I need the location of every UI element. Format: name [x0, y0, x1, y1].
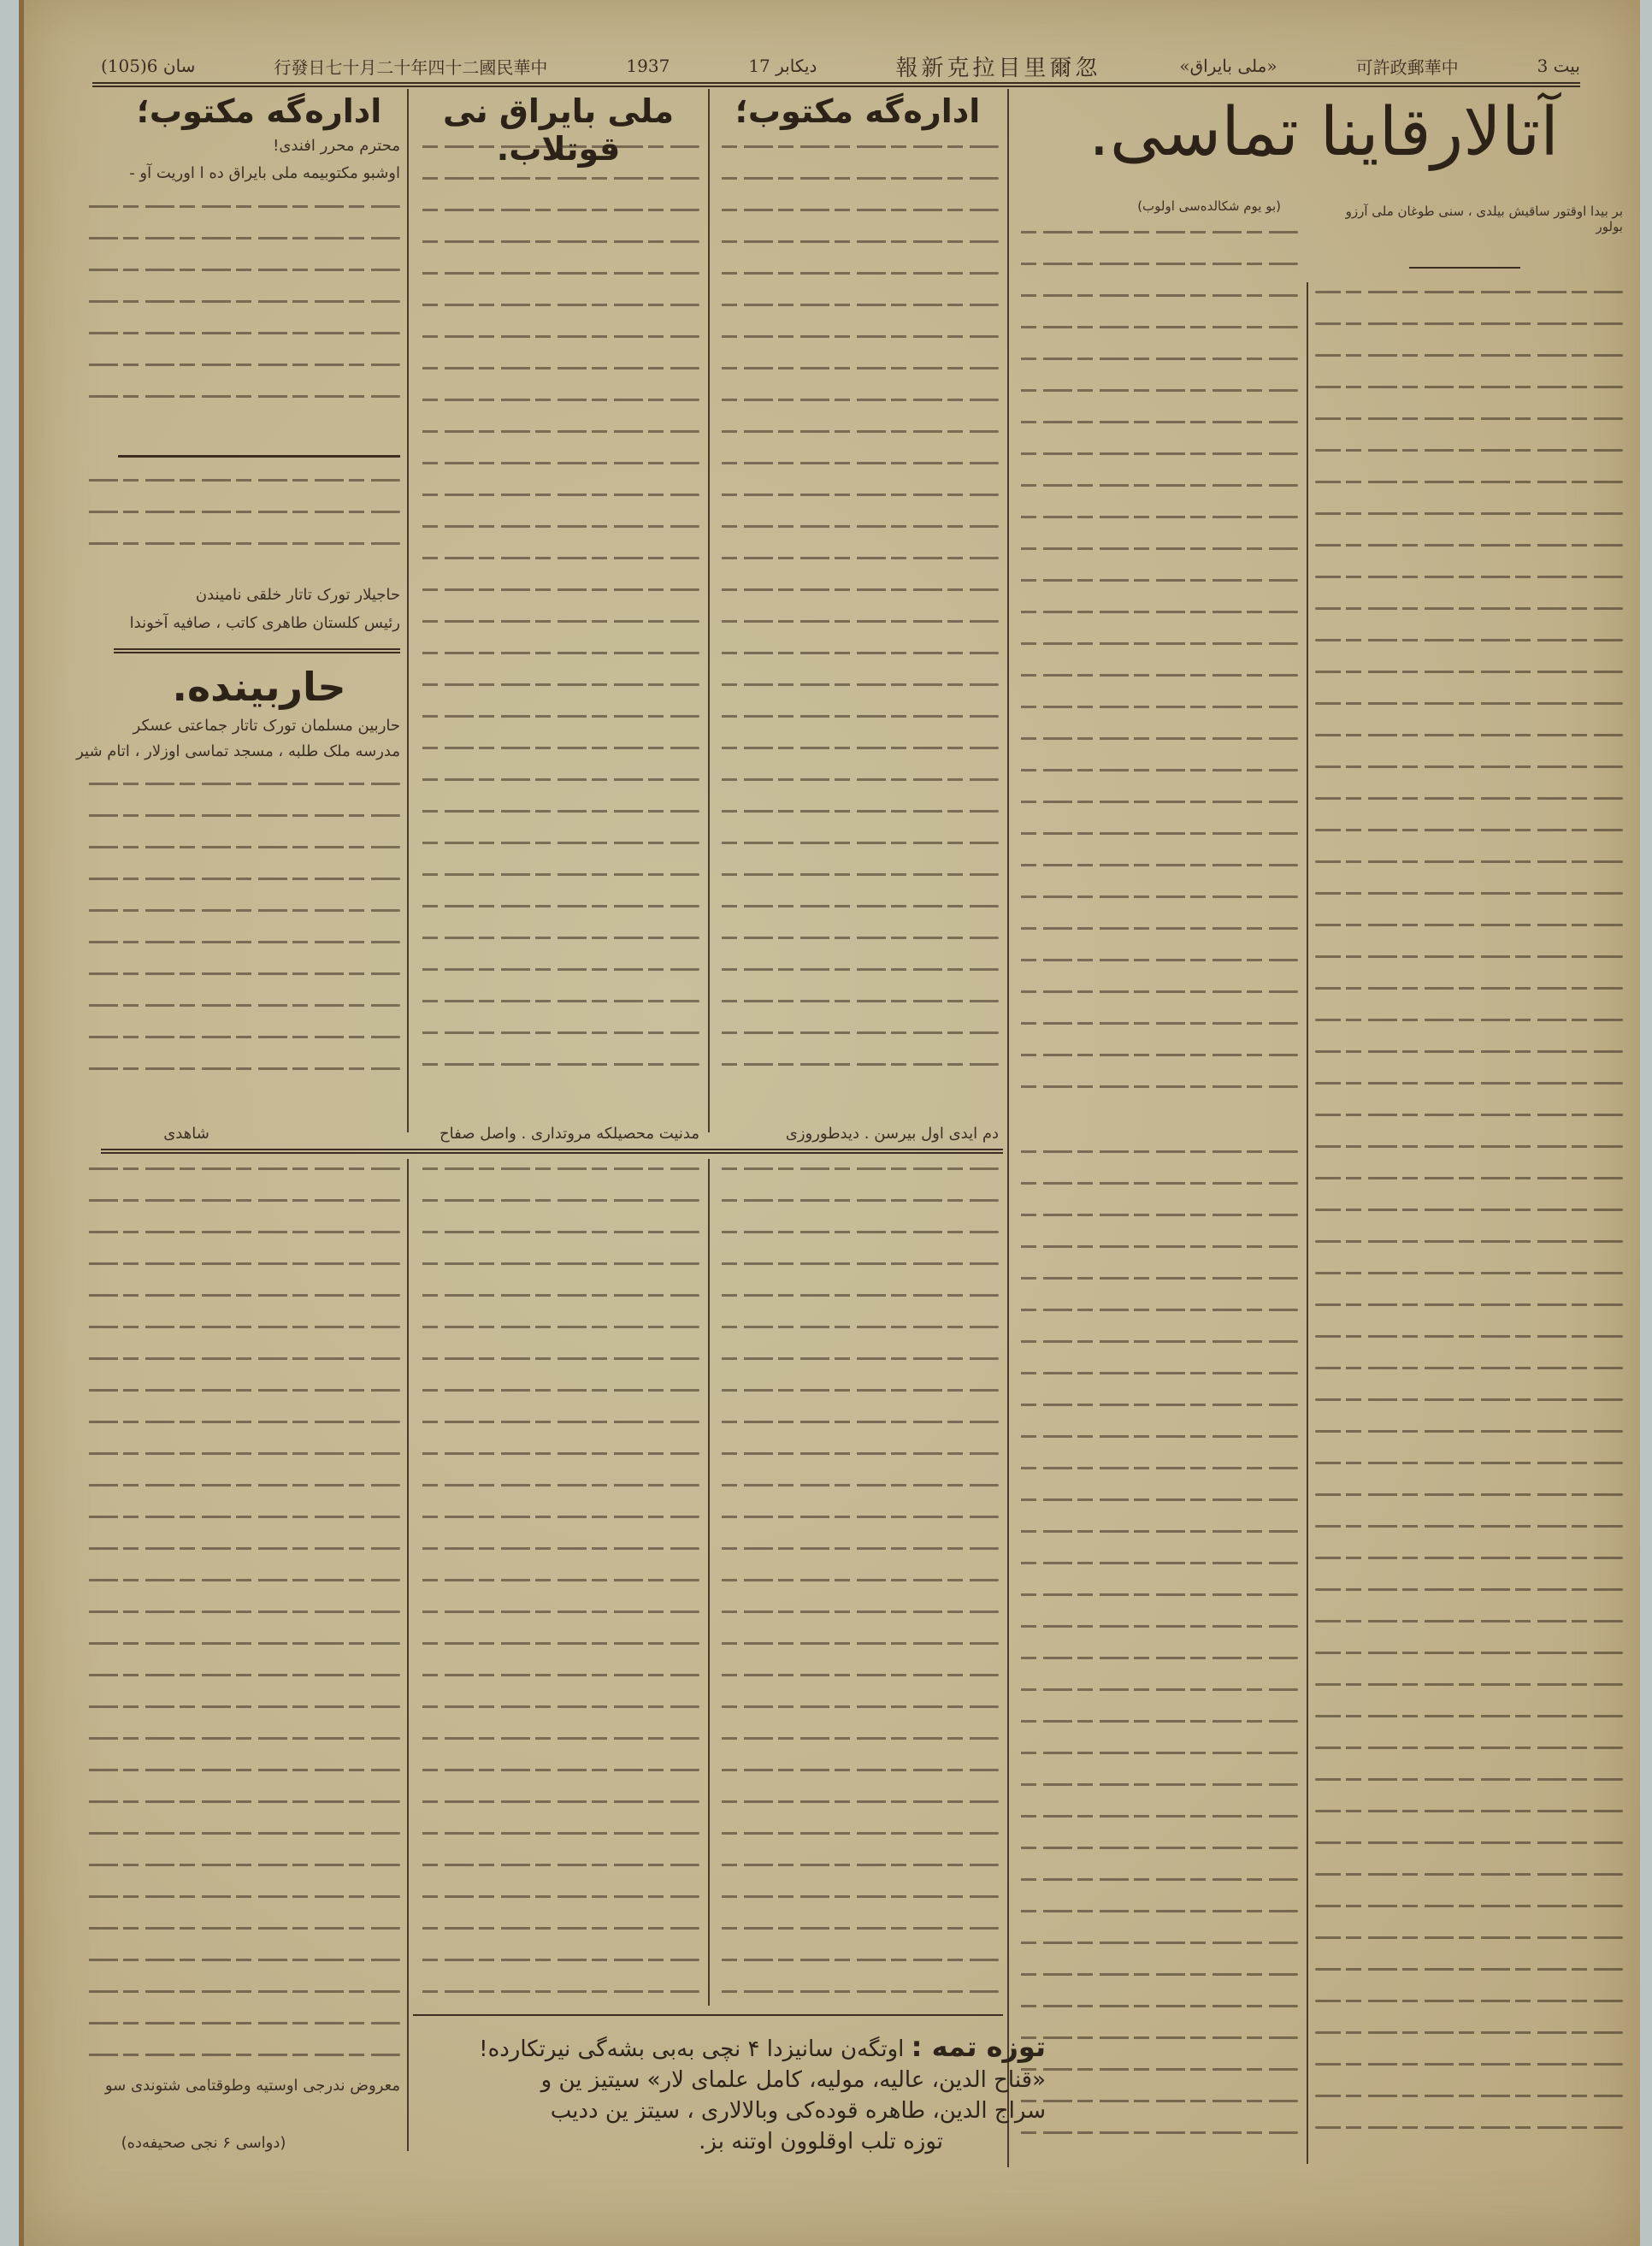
page-header: (105)6 سان 行發日七十月二十年四十二國民華中 1937 17 دیکا…: [101, 53, 1580, 79]
headline-letter-to-office-center: ادارەگە مکتوب؛: [717, 92, 999, 130]
left-notice-body: [84, 479, 400, 573]
harbin-second-line: مدرسه ملک طلبه ، مسجد تماسی اوزلار ، اتا…: [84, 742, 400, 760]
headline-harbin: حاربینده.: [118, 664, 400, 710]
section-rule: [118, 455, 400, 458]
left-signature-line-1: حاجیلار تورک تاتار خلقی نامیندن: [92, 586, 400, 604]
column-divider: [708, 89, 710, 1132]
notice-title: توزە تمە :: [912, 2030, 1046, 2063]
letter-center-signature: دم ایدی اول بیرسن . دیدطوروزی: [717, 1125, 999, 1143]
header-rule: [92, 82, 1580, 87]
letter-body-left: [84, 205, 400, 453]
bottom-left-last-line: معروض ندرجی اوستیە وطوقتامی شتوندی سو: [92, 2077, 400, 2095]
notice-line-3: سراج الدین، طاهرە قودەکی وبالالاری ، سیت…: [422, 2095, 1046, 2126]
column-divider: [1307, 282, 1308, 2164]
correction-notice: توزە تمە : اوتگەن سانیزدا ۴ نچی بەبی بشە…: [422, 2031, 1046, 2160]
column-divider: [1007, 89, 1009, 2167]
letter-first-line: اوشبو مکتوبیمە ملی بایراق ده ا اوریت آو …: [84, 164, 400, 182]
letter-body-center: [717, 145, 999, 1103]
lower-col-3: [717, 1167, 999, 2001]
notice-line-2: «قناح الدین، عالیە، مولیە، کامل علمای لا…: [422, 2065, 1046, 2095]
main-subtitle: (بو یوم شکالدەسی اولوب): [1024, 198, 1281, 214]
day-label: 17 دیکابر: [748, 56, 817, 76]
column-divider: [708, 1159, 710, 2006]
notice-top-rule: [413, 2014, 1003, 2016]
left-signature-line-2: رئیس کلستان طاهری کاتب ، صافیه آخوندا: [92, 614, 400, 632]
main-article-col-b: [1315, 291, 1623, 2155]
column-divider: [407, 89, 409, 1132]
chinese-date: 行發日七十月二十年四十二國民華中: [274, 54, 547, 79]
lower-col-2: [417, 1167, 699, 2001]
national-flag-body: [417, 145, 699, 1103]
lower-section-rule: [101, 1149, 1003, 1154]
note-rule: [1409, 267, 1520, 269]
uyghur-masthead: «ملی بایراق»: [1179, 56, 1277, 76]
page-number-left: (105)6 سان: [101, 56, 195, 76]
harbin-first-line: حاربین مسلمان تورک تاتار جماعتی عسکر: [92, 717, 400, 735]
chinese-registration: 可許政郵華中: [1356, 54, 1459, 79]
headline-main: آتالارقاینا تماسی.: [1024, 94, 1623, 171]
continuation-note: (دواسی ۶ نجی صحیفەدە): [118, 2134, 289, 2152]
section-rule: [114, 648, 400, 653]
harbin-body: [84, 783, 400, 1108]
lower-col-1: [84, 1167, 400, 2074]
letter-salutation: محترم محرر افندی!: [118, 137, 400, 155]
lower-col-4: [1016, 1150, 1298, 2151]
notice-line-4: توزە تلب اوقلوون اوتنە بز.: [422, 2126, 1046, 2157]
headline-letter-to-office-left: ادارەگە مکتوب؛: [118, 92, 400, 130]
chinese-masthead: 報新克拉目里爾忽: [895, 50, 1100, 82]
page-number-right: 3 بیت: [1537, 56, 1580, 76]
main-note: بر بیدا اوقتور ساقیش بیلدی ، سنی طوغان م…: [1315, 204, 1623, 234]
main-article-col-a: [1016, 231, 1298, 1138]
newspaper-page: (105)6 سان 行發日七十月二十年四十二國民華中 1937 17 دیکا…: [19, 0, 1640, 2246]
year: 1937: [626, 56, 670, 76]
national-flag-signature: مدنیت محصیلکه مروتدارى . واصل صفاح: [417, 1125, 699, 1143]
notice-line-1: اوتگەن سانیزدا ۴ نچی بەبی بشەگی نیرتکارد…: [479, 2036, 904, 2062]
column-divider: [407, 1159, 409, 2151]
signature-shahidi: شاهدی: [109, 1125, 263, 1143]
